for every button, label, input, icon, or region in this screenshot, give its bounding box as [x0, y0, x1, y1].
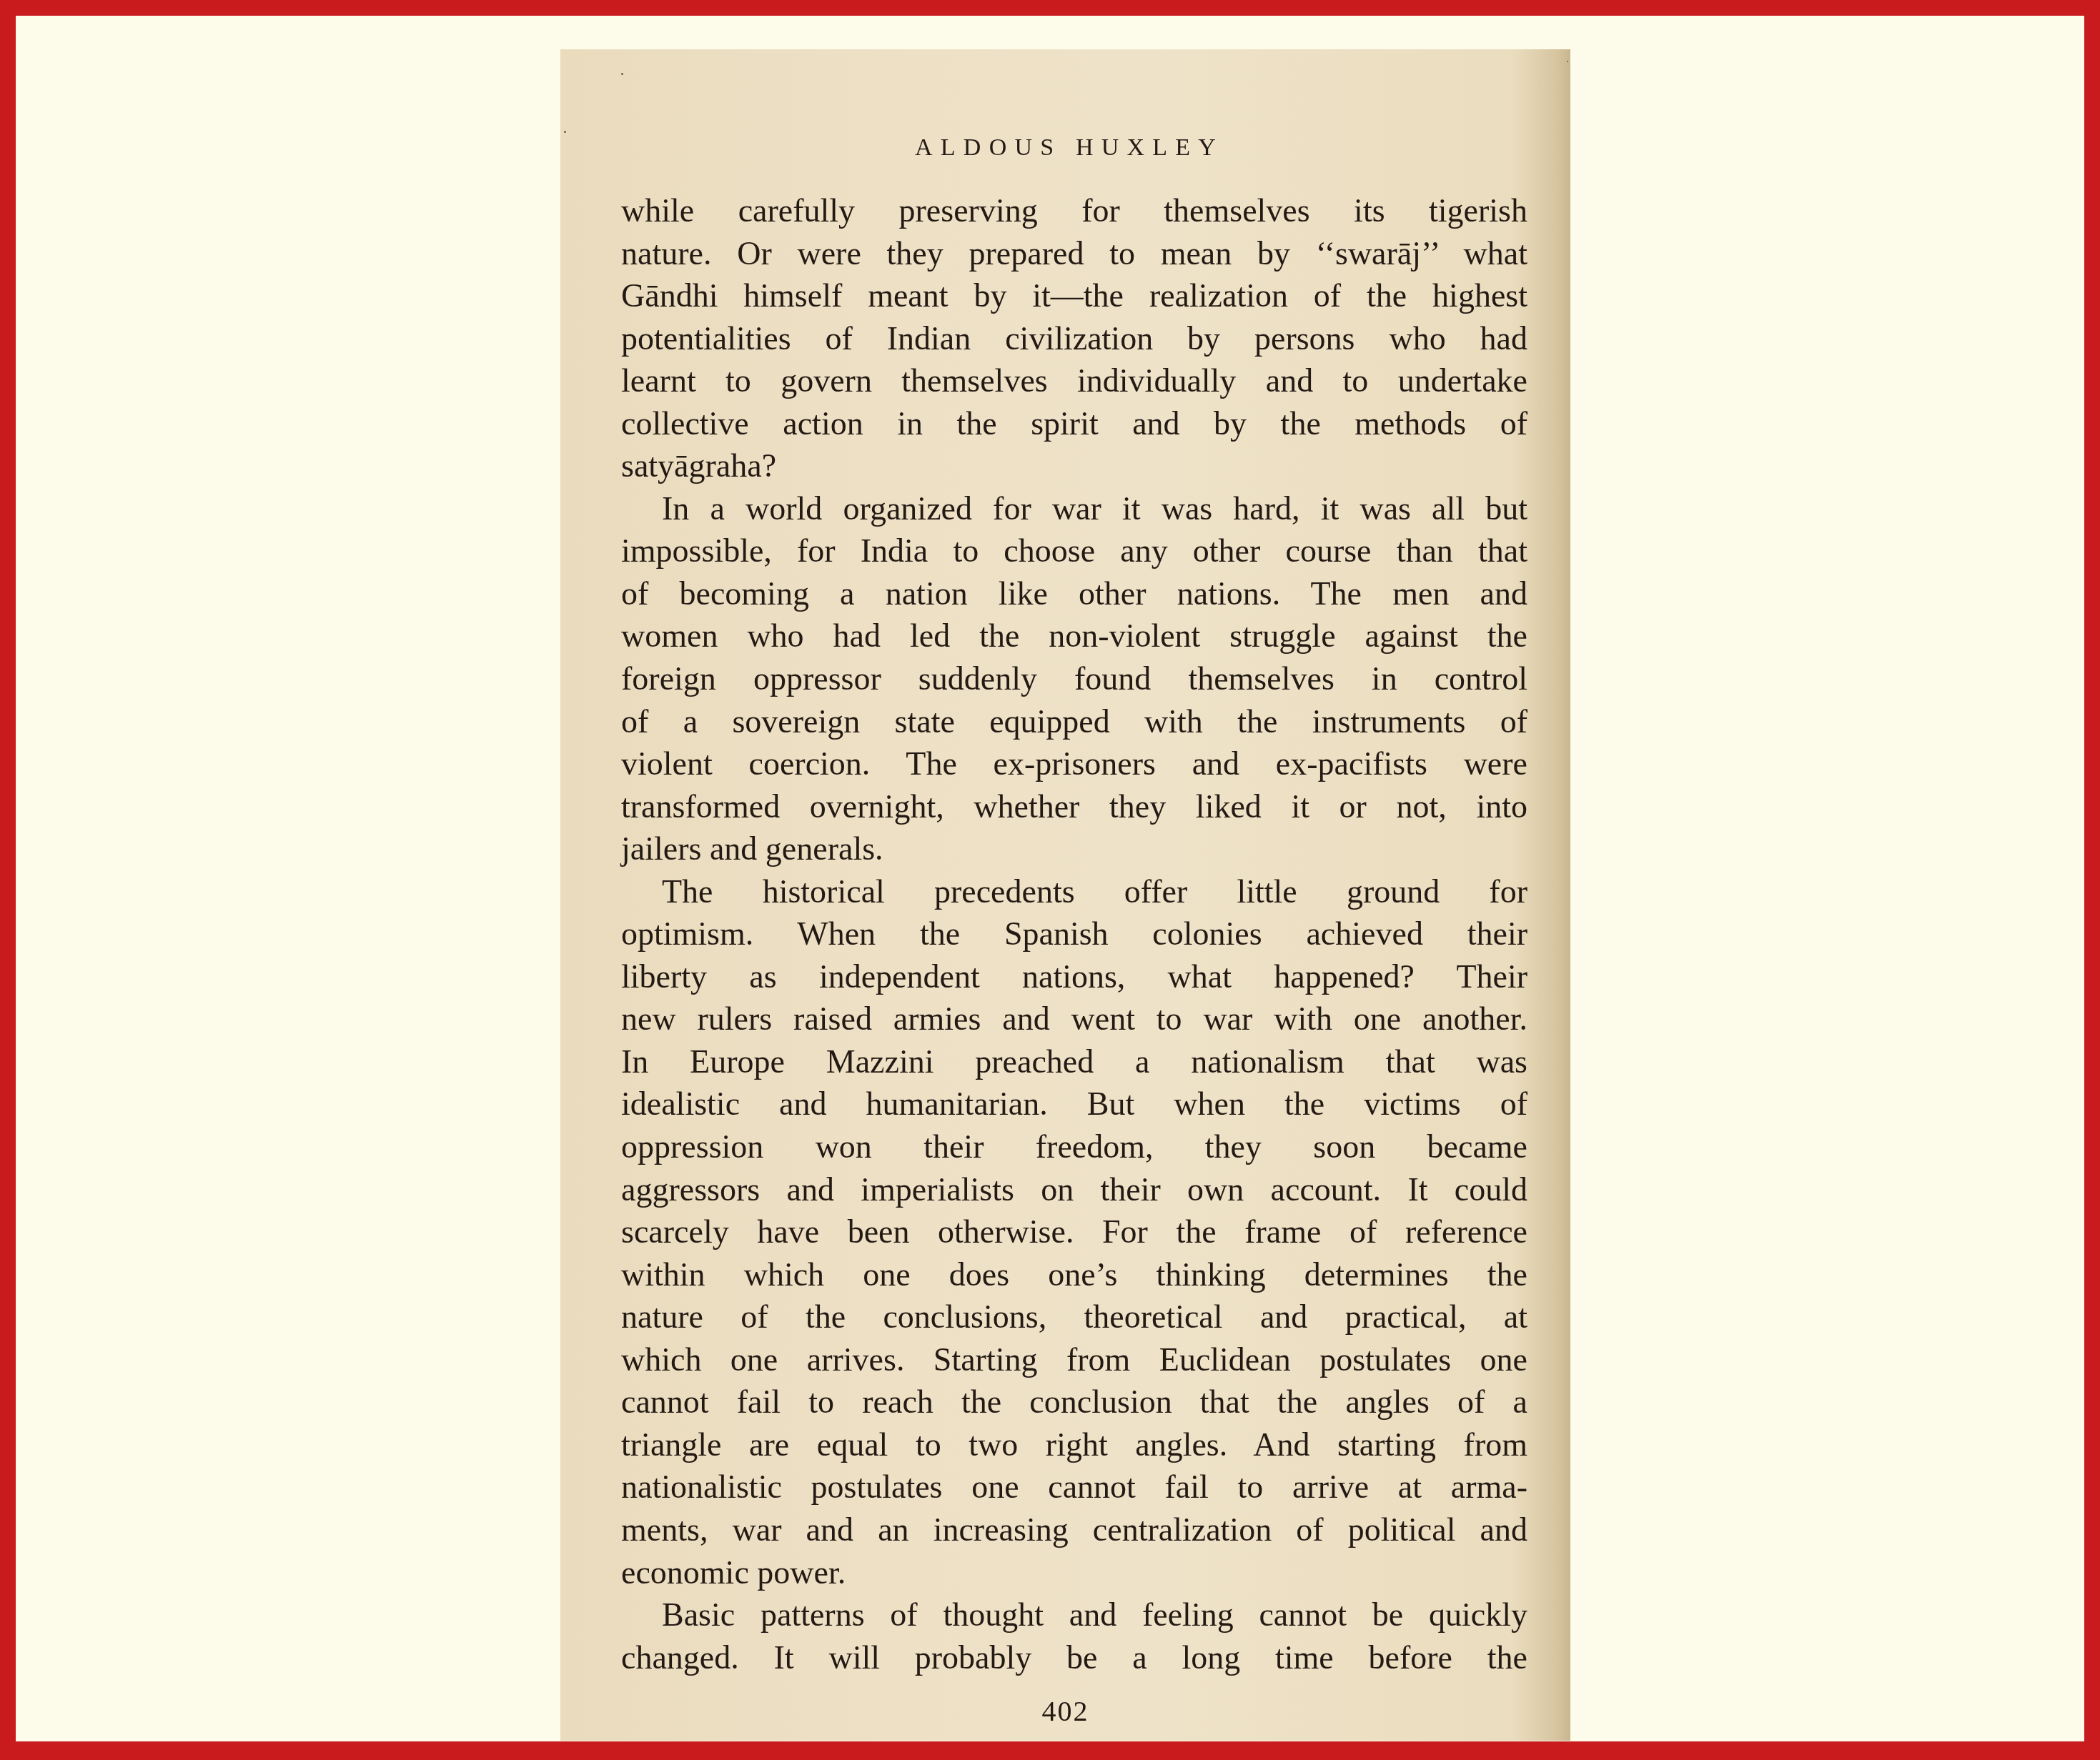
paper-speck	[1567, 61, 1568, 62]
text-line: jailers and generals.	[621, 827, 1527, 870]
text-line: within which one does one’s thinking det…	[621, 1253, 1527, 1296]
text-line: optimism. When the Spanish colonies achi…	[621, 913, 1527, 955]
text-line: transformed overnight, whether they like…	[621, 785, 1527, 828]
text-line: liberty as independent nations, what hap…	[621, 955, 1527, 998]
text-line: aggressors and imperialists on their own…	[621, 1168, 1527, 1211]
text-line: violent coercion. The ex-prisoners and e…	[621, 742, 1527, 785]
text-line: women who had led the non-violent strugg…	[621, 615, 1527, 657]
text-line: foreign oppressor suddenly found themsel…	[621, 657, 1527, 700]
viewer-background: ALDOUS HUXLEY while carefully preserving…	[16, 16, 2084, 1741]
paper-speck	[621, 73, 623, 75]
text-line: scarcely have been otherwise. For the fr…	[621, 1210, 1527, 1253]
text-line: satyāgraha?	[621, 444, 1527, 487]
paragraph-first-line: Basic patterns of thought and feeling ca…	[621, 1594, 1527, 1636]
text-line: potentialities of Indian civilization by…	[621, 317, 1527, 360]
text-line: of becoming a nation like other nations.…	[621, 572, 1527, 615]
text-line: In Europe Mazzini preached a nationalism…	[621, 1040, 1527, 1083]
text-line: impossible, for India to choose any othe…	[621, 530, 1527, 572]
text-line: collective action in the spirit and by t…	[621, 402, 1527, 445]
text-line: economic power.	[621, 1551, 1527, 1594]
text-line: triangle are equal to two right angles. …	[621, 1423, 1527, 1466]
text-line: which one arrives. Starting from Euclide…	[621, 1338, 1527, 1381]
text-line: of a sovereign state equipped with the i…	[621, 700, 1527, 743]
text-line: changed. It will probably be a long time…	[621, 1636, 1527, 1679]
page-number: 402	[560, 1696, 1570, 1727]
running-head: ALDOUS HUXLEY	[560, 134, 1570, 162]
text-line: ments, war and an increasing centralizat…	[621, 1508, 1527, 1551]
text-line: while carefully preserving for themselve…	[621, 189, 1527, 232]
text-line: Gāndhi himself meant by it—the realizati…	[621, 274, 1527, 317]
text-line: idealistic and humanitarian. But when th…	[621, 1083, 1527, 1125]
paragraph-first-line: The historical precedents offer little g…	[621, 870, 1527, 913]
text-line: nature of the conclusions, theoretical a…	[621, 1296, 1527, 1338]
text-line: nationalistic postulates one cannot fail…	[621, 1466, 1527, 1508]
text-line: oppression won their freedom, they soon …	[621, 1125, 1527, 1168]
paper-speck	[564, 131, 566, 133]
text-line: learnt to govern themselves individually…	[621, 359, 1527, 402]
text-line: new rulers raised armies and went to war…	[621, 998, 1527, 1040]
body-text: while carefully preserving for themselve…	[621, 189, 1527, 1679]
text-line: cannot fail to reach the conclusion that…	[621, 1381, 1527, 1423]
book-page: ALDOUS HUXLEY while carefully preserving…	[560, 49, 1570, 1741]
paragraph-first-line: In a world organized for war it was hard…	[621, 487, 1527, 530]
text-line: nature. Or were they prepared to mean by…	[621, 232, 1527, 275]
